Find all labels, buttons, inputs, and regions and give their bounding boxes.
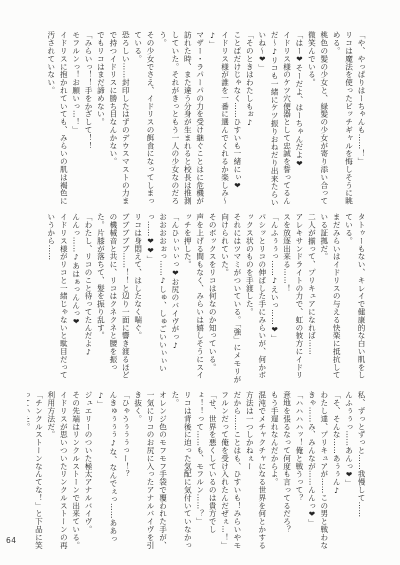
paragraph: その先端はリンクルストーンで出来ている。	[69, 391, 81, 552]
paragraph: リコは魔法を使ったビッチギャルを悔しそうに眺める。	[330, 31, 355, 212]
paragraph: 「はー❤そーだよ、はーちゃんだよ❤	[293, 31, 305, 212]
paragraph: アレキサンドライトの力で、虹の彼方にイドリスを放逐出来る……！	[280, 213, 305, 385]
paragraph: 恐ろしい……封印したはずのデウスマストの力まで持つイドリスに勝ち目なんかない。	[106, 31, 131, 212]
paragraph: ことばだけじゃなく……ひすいも一緒にぃ❤	[231, 31, 243, 212]
paragraph: 「そのときはわたしもぉ♪	[243, 31, 255, 212]
paragraph: ジュエリーのついた極太アナルバイヴ。	[82, 391, 94, 552]
paragraph: パシッとリコの伸ばした手にみらいが、何かボックス状のものを手渡した。	[243, 213, 268, 385]
paragraph: 混沌でメチャクチャになる世界を何とかする方法は一つしかねぇー	[243, 391, 268, 552]
paragraph: 「や、やっぱりはーちゃんも……！」	[355, 31, 367, 212]
paragraph: イドリス様のケツ穴便器として忠誠を誓ってるんだ～♪リコも一緒にケツ振りおねだり出…	[255, 31, 292, 212]
paragraph: ブブブブブ……！！と辺り一面に響き渡るほどの機械音と共に、リコはクネクネと腰を振…	[94, 213, 131, 385]
paragraph: 「ひゃうぅぅぅっー！？	[119, 391, 131, 552]
paragraph: まだみらいはイドリスの与える快楽に抵抗している証拠だ。	[317, 213, 342, 385]
paragraph: 二人が揃って、プリキュアになれば……	[305, 213, 317, 385]
paragraph: 声を上げる間もなく、みらいは嬉しそうにスイッチを押した。	[181, 213, 206, 385]
text-band-bottom: 私、ずっとずっと……我慢して……んふぅぅっ……あんっ❤」「そ、そんな……あぅぅん…	[27, 391, 367, 552]
paragraph: 桃色の髪の少女と、緑髪の少女が寄り添い合って微笑んでいる。	[305, 31, 330, 212]
paragraph: オレンジ色のモフモフ手袋で覆われた手が、一気にリコのお尻に入ったアナルバイヴを引…	[131, 391, 168, 552]
paragraph: その少女でさえ、イドリスの餌食になってしまっている。	[131, 31, 156, 212]
paragraph: タトゥーもない、キレイで健康的な白い肌をしている。	[342, 213, 367, 385]
page-number: 64	[6, 536, 17, 545]
paragraph: おおおおぉっ……♪しゅ、しゅごいいぃぃいっ……❤❤」	[144, 213, 169, 385]
paragraph: イドリスが思いついたリンクルストーンの再利用方法だ。	[44, 391, 69, 552]
paragraph: イドリスに抱かれていても、みらいの肌は褐色に汚されていない。	[44, 31, 69, 212]
paragraph: 「みらいっ！！手をかざして！！	[82, 31, 94, 212]
paragraph: 意地を張るなって何度も言ってるだろ？	[280, 391, 292, 552]
paragraph: モフルンっ！お願いっ…！」	[69, 31, 81, 212]
paragraph: 「んふぅぅっ……♪えいっ……❤」	[268, 213, 280, 385]
paragraph: それにはツマミがついている。「強」にメモリが向けられていた。	[218, 213, 243, 385]
paragraph: んんっ……♪あはぁっんんっ❤	[69, 213, 81, 385]
paragraph: 私、ずっとずっと……我慢して……	[355, 391, 367, 552]
scanned-novel-page: 「や、やっぱりはーちゃんも……！」リコは魔法を使ったビッチギャルを悔しそうに眺め…	[0, 0, 400, 565]
paragraph: でもリコはまだ諦めない。	[94, 31, 106, 212]
paragraph: わたし達、プリキュアが……この男と戦わなきゃ……み、みんなが……んんっ❤」	[305, 391, 330, 552]
paragraph: イドリス様が誰を一番に選んでくれるか楽しみ～♪」	[206, 31, 231, 212]
text-band-middle: タトゥーもない、キレイで健康的な白い肌をしている。まだみらいはイドリスの与える快…	[27, 213, 367, 385]
paragraph: 「せ、世界を悪くしているのは貴方でしょ！！って……も、モフルン……？」	[193, 391, 218, 552]
paragraph: イドリス様がリコと一緒じゃないと駄目だっていうから……	[44, 213, 69, 385]
paragraph: 「わたし、リコのこと待ってたんだよ♪	[82, 213, 94, 385]
paragraph: 「ハハハハッ！俺と戦うって？	[293, 391, 305, 552]
paragraph: リコは背後に迫った気配に気付いていなかった。	[169, 391, 194, 552]
paragraph: だから……ことはも、ひすいも！みらいやモフルンだって俺を受け入れたんだぜぇ…！」	[218, 391, 243, 552]
paragraph: 「んひぃぃぃっ❤お尻のバイヴがっ♪	[169, 213, 181, 385]
paragraph: もう手遅れなんだからよ。	[268, 391, 280, 552]
paragraph: 「そ、そんな……あぅぅん♪	[330, 391, 342, 552]
paragraph: 「チンクルストーンなんてな！」と下品に笑っていた。	[27, 391, 44, 552]
paragraph: マザー・ラパーパの力を受け継ぐことはに危機が訪れた時、また違う分身が生まれると校…	[156, 31, 206, 212]
paragraph: んふぅぅっ……あんっ❤」	[342, 391, 354, 552]
paragraph: リコは身悶えて、はしたなく喘ぐ。	[131, 213, 143, 385]
text-band-top: 「や、やっぱりはーちゃんも……！」リコは魔法を使ったビッチギャルを悔しそうに眺め…	[27, 31, 367, 212]
paragraph: そのボックスをリコは何なのか知っている。	[206, 213, 218, 385]
paragraph: んきゅぅぅぅ♪な、なんでぇっ……ああっ♪」	[94, 391, 119, 552]
